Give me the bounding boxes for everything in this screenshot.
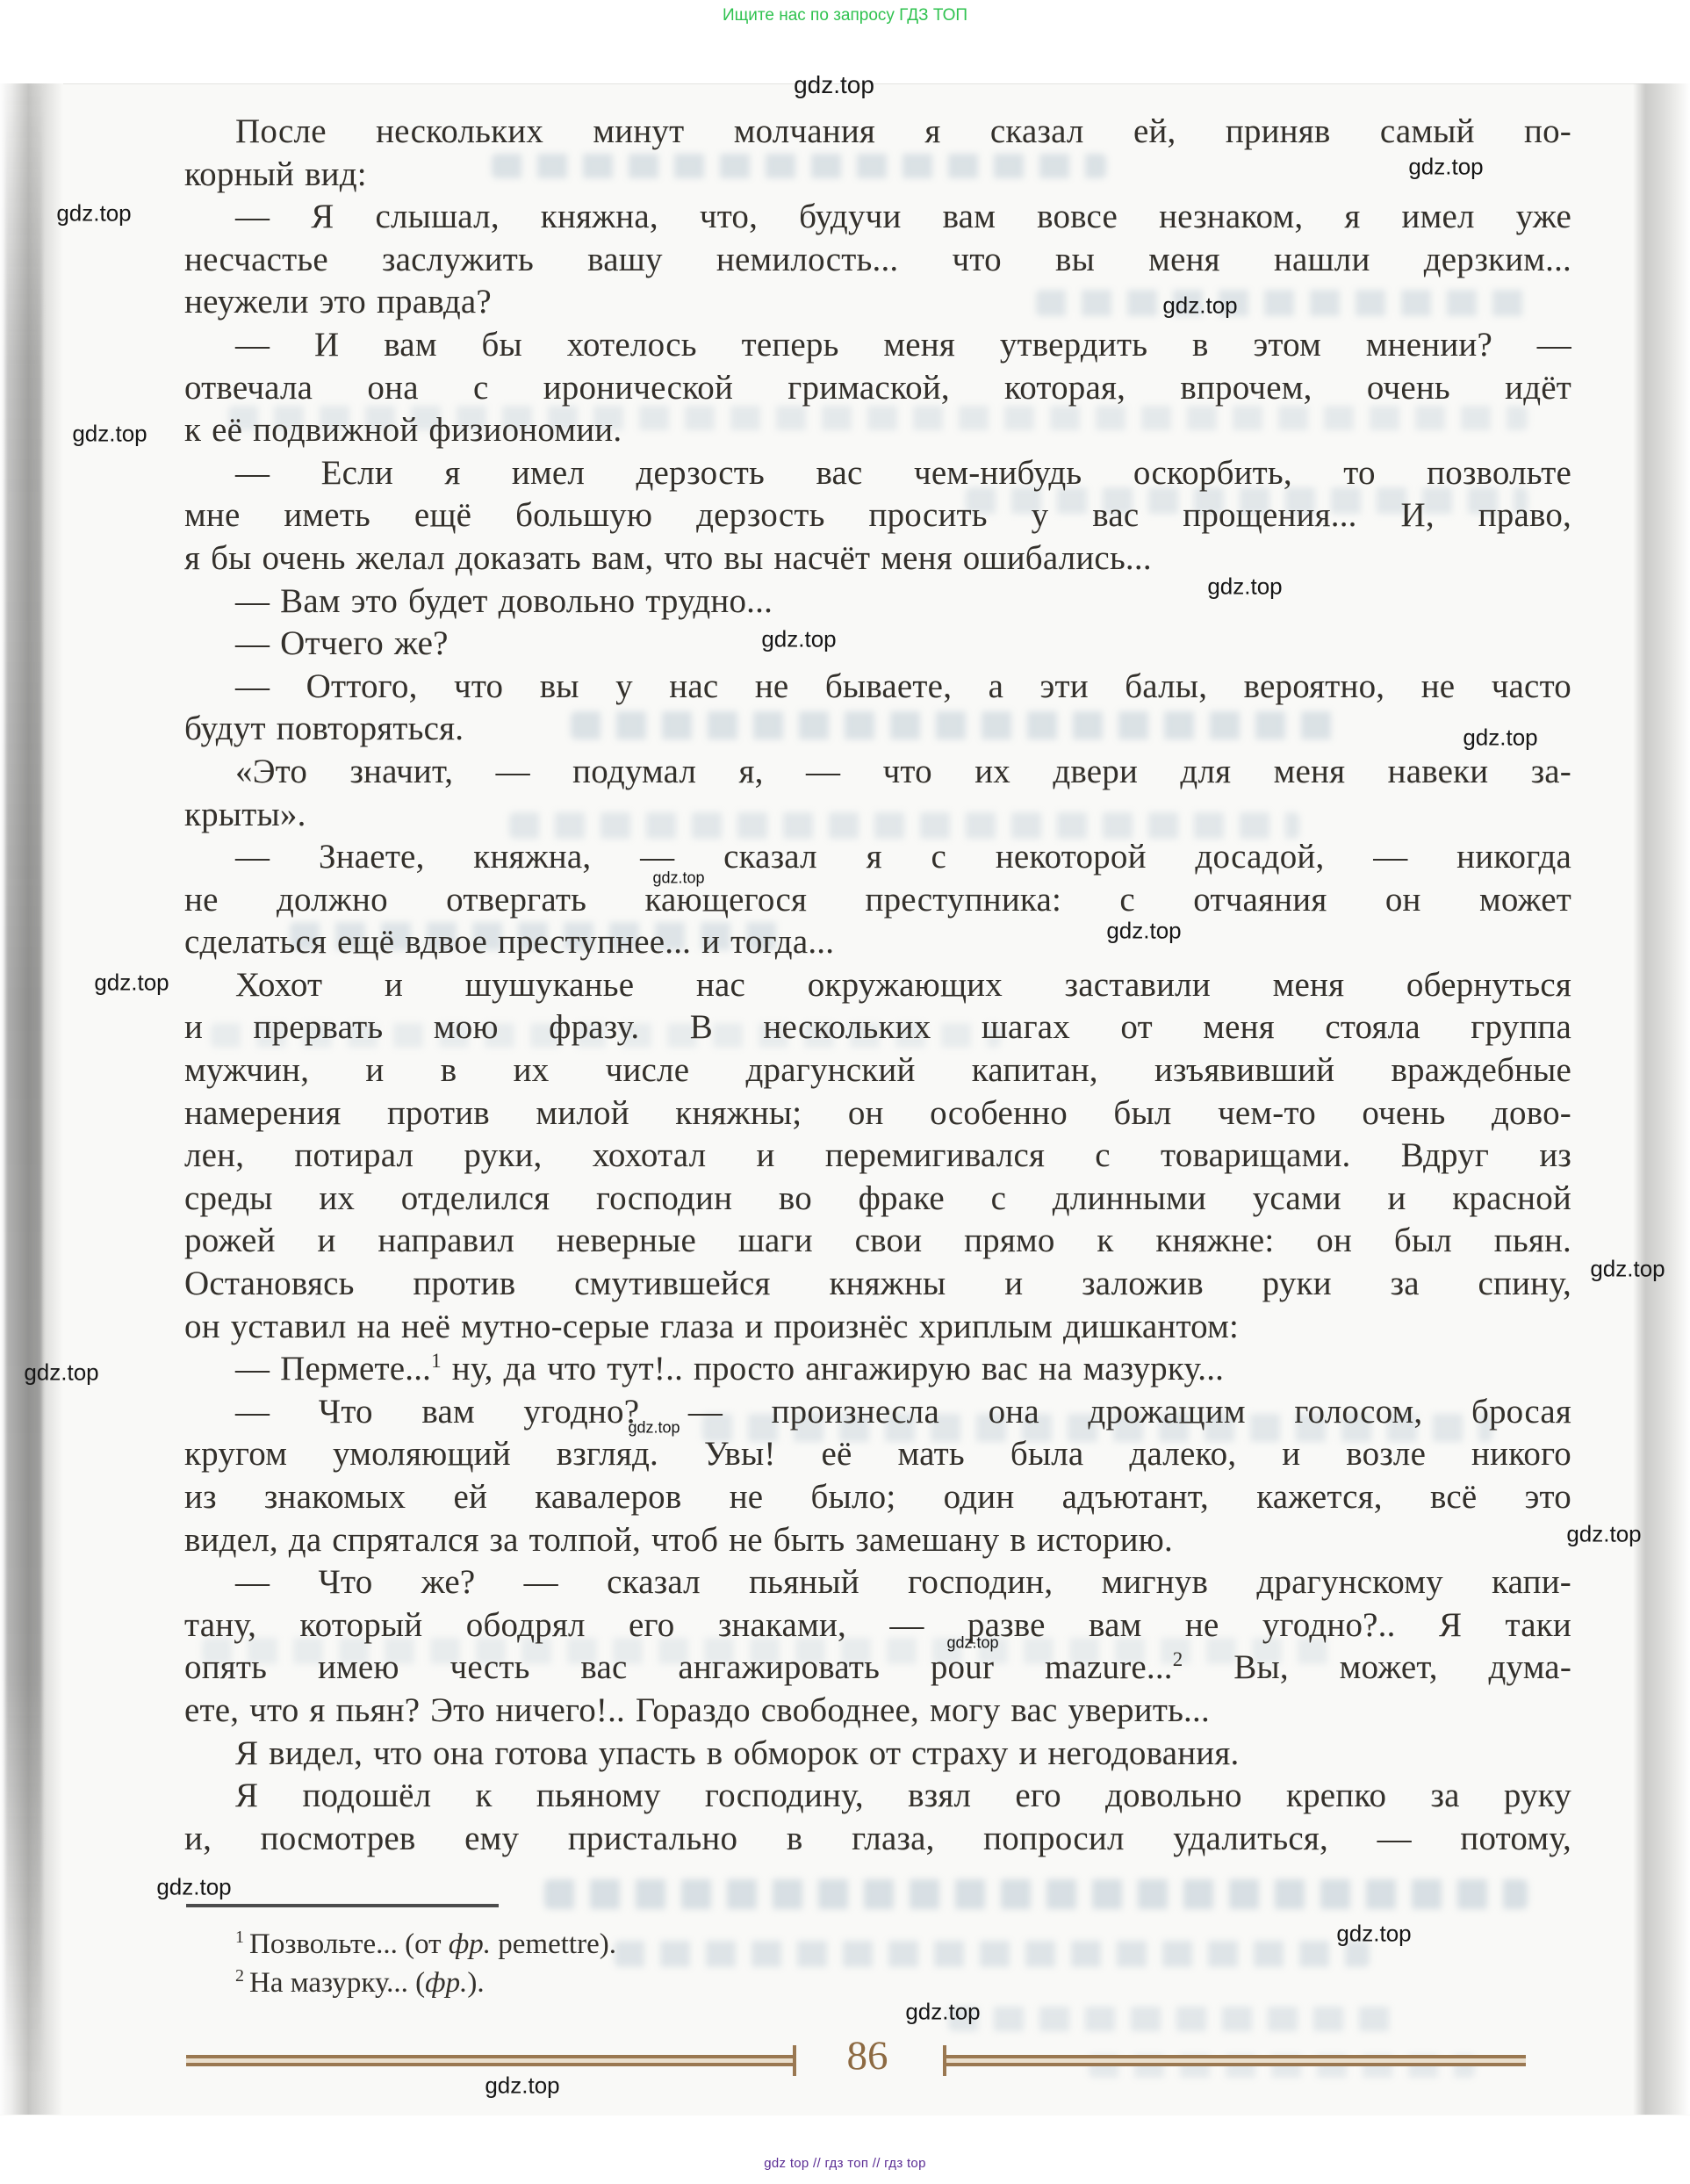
text-line: — Вам это будет довольно трудно... [184, 580, 1571, 623]
page-edge-shadow [1633, 83, 1690, 2115]
text-line: — Оттого, что вы у нас не бываете, а эти… [184, 666, 1571, 709]
book-gutter-shadow-dark [5, 83, 42, 2115]
watermark: gdz.top [1207, 573, 1282, 601]
text-line: — Что же? — сказал пьяный господин, мигн… [184, 1561, 1571, 1604]
text-line: — Знаете, княжна, — сказал я с некоторой… [184, 836, 1571, 879]
promo-banner: Ищите нас по запросу ГДЗ ТОП [0, 6, 1690, 25]
footer-note: gdz top // гдз топ // гдз top [0, 2156, 1690, 2171]
watermark: gdz.top [1408, 154, 1483, 181]
text-line: видел, да спрятался за толпой, чтоб не б… [184, 1519, 1571, 1562]
bleed-through [544, 1879, 1528, 1909]
text-line: к её подвижной физиономии. [184, 409, 1571, 452]
text-line: из знакомых ей кавалеров не было; один а… [184, 1476, 1571, 1519]
text-line: намерения против милой княжны; он особен… [184, 1092, 1571, 1135]
text-line: несчастье заслужить вашу немилость... чт… [184, 239, 1571, 282]
text-line: ете, что я пьян? Это ничего!.. Гораздо с… [184, 1690, 1571, 1733]
text-line: — Отчего же? [184, 623, 1571, 666]
text-line: — Я слышал, княжна, что, будучи вам вовс… [184, 196, 1571, 239]
watermark: gdz.top [72, 421, 147, 448]
text-line: Хохот и шушуканье нас окружающих застави… [184, 964, 1571, 1007]
footnote-ref: 2 [1173, 1648, 1183, 1670]
watermark: gdz.top [628, 1419, 680, 1438]
watermark: gdz.top [1106, 918, 1181, 945]
footnote-ref: 1 [431, 1350, 442, 1372]
text-line: Я видел, что она готова упасть в обморок… [184, 1733, 1571, 1776]
text-line: он уставил на неё мутно-серые глаза и пр… [184, 1306, 1571, 1349]
page-number-tick-left [793, 2045, 796, 2076]
text-line: — Пермете...1 ну, да что тут!.. просто а… [184, 1348, 1571, 1391]
watermark: gdz.top [1566, 1521, 1641, 1548]
text-line: После нескольких минут молчания я сказал… [184, 111, 1571, 154]
text-line: отвечала она с иронической гримаской, ко… [184, 367, 1571, 410]
watermark: gdz.top [485, 2072, 559, 2100]
watermark: gdz.top [794, 71, 874, 99]
watermark: gdz.top [905, 1999, 980, 2026]
text-line: мне иметь ещё большую дерзость просить у… [184, 494, 1571, 537]
text-block: После нескольких минут молчания я сказал… [184, 111, 1571, 1860]
text-line: — Что вам угодно? — произнесла она дрожа… [184, 1391, 1571, 1434]
text-line: и, посмотрев ему пристально в глаза, поп… [184, 1818, 1571, 1861]
watermark: gdz.top [1590, 1256, 1665, 1283]
book-page-scan: Ищите нас по запросу ГДЗ ТОП После неско… [0, 0, 1690, 2184]
watermark: gdz.top [24, 1359, 98, 1387]
text-line: лен, потирал руки, хохотал и перемигивал… [184, 1135, 1571, 1178]
text-line: мужчин, и в их числе драгунский капитан,… [184, 1049, 1571, 1092]
watermark: gdz.top [1463, 724, 1537, 752]
watermark: gdz.top [156, 1874, 231, 1901]
watermark: gdz.top [652, 869, 704, 888]
page-number-rule-right [946, 2055, 1526, 2066]
footnote-marker: 1 [235, 1928, 244, 1947]
text-line: неужели это правда? [184, 281, 1571, 324]
page-number-rule-left [186, 2055, 793, 2066]
text-line: Я подошёл к пьяному господину, взял его … [184, 1775, 1571, 1818]
footnote-marker: 2 [235, 1966, 244, 1986]
text-line: корный вид: [184, 154, 1571, 197]
text-line: сделаться ещё вдвое преступнее... и тогд… [184, 921, 1571, 964]
text-line: рожей и направил неверные шаги свои прям… [184, 1220, 1571, 1263]
page-number: 86 [822, 2032, 913, 2079]
watermark: gdz.top [761, 626, 836, 653]
footnote: 2На мазурку... (фр.). [184, 1964, 1571, 2003]
watermark: gdz.top [946, 1634, 998, 1653]
text-line: крыты». [184, 794, 1571, 837]
text-line: — И вам бы хотелось теперь меня утвердит… [184, 324, 1571, 367]
footnote-rule [186, 1904, 499, 1907]
text-line: Остановясь против смутившейся княжны и з… [184, 1263, 1571, 1306]
text-line: среды их отделился господин во фраке с д… [184, 1178, 1571, 1221]
text-line: «Это значит, — подумал я, — что их двери… [184, 751, 1571, 794]
text-line: и прервать мою фразу. В нескольких шагах… [184, 1006, 1571, 1049]
text-line: будут повторяться. [184, 708, 1571, 751]
watermark: gdz.top [1162, 292, 1237, 320]
text-line: я бы очень желал доказать вам, что вы на… [184, 537, 1571, 580]
watermark: gdz.top [94, 969, 169, 997]
text-line: опять имею честь вас ангажировать pour m… [184, 1647, 1571, 1690]
watermark: gdz.top [1336, 1921, 1411, 1948]
watermark: gdz.top [56, 200, 131, 227]
text-line: кругом умоляющий взгляд. Увы! её мать бы… [184, 1433, 1571, 1476]
text-line: не должно отвергать кающегося преступник… [184, 879, 1571, 922]
bleed-through [948, 2007, 1405, 2031]
text-line: — Если я имел дерзость вас чем-нибудь ос… [184, 452, 1571, 495]
text-line: тану, который ободрял его знаками, — раз… [184, 1604, 1571, 1647]
